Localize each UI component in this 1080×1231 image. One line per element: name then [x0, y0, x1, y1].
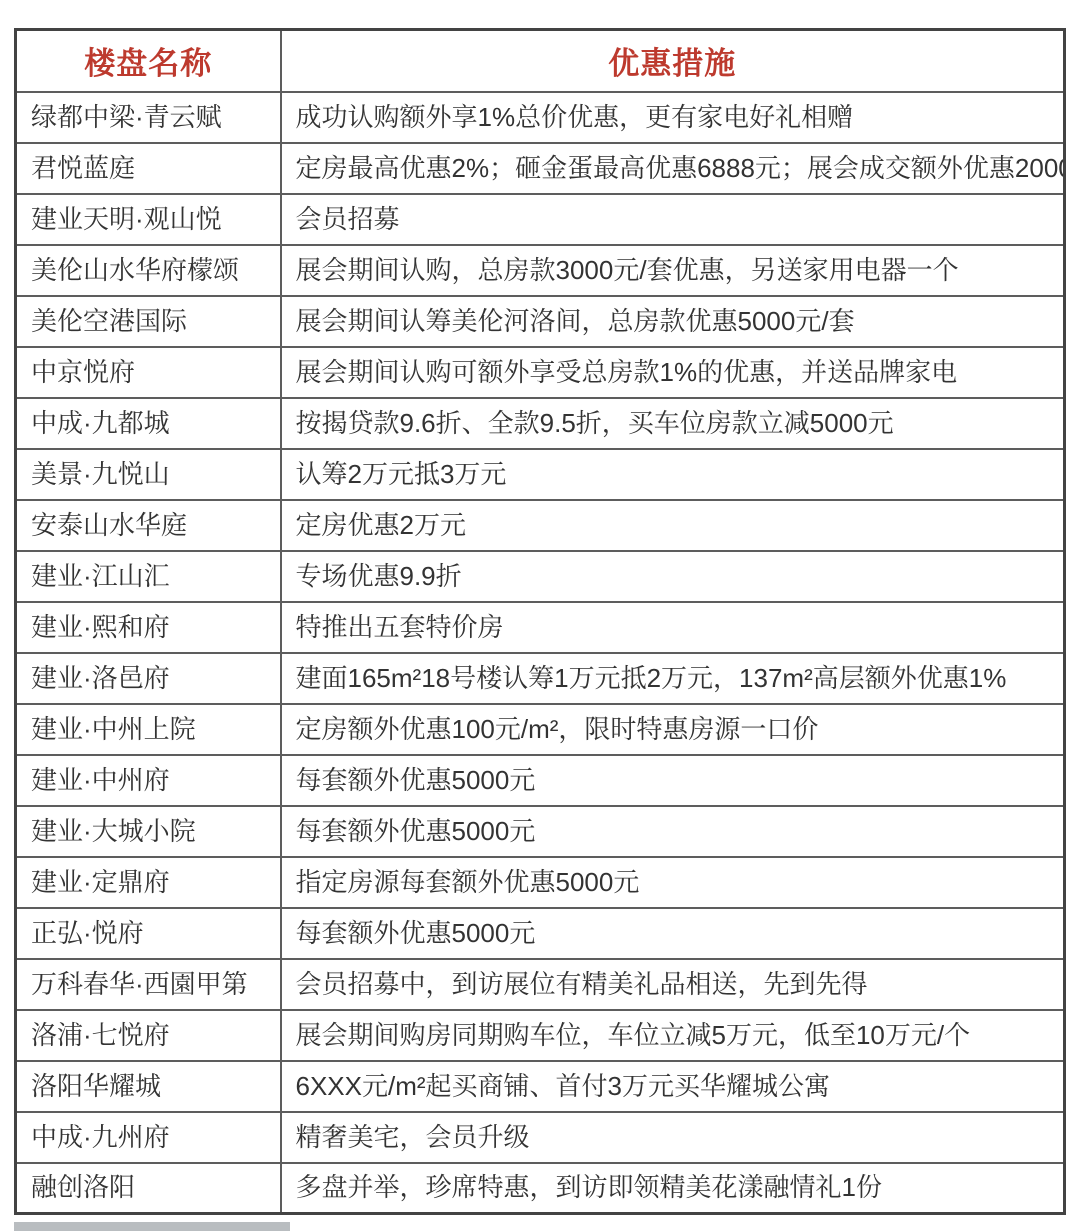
- offer-cell: 每套额外优惠5000元: [281, 755, 1065, 806]
- property-name-cell: 建业·中州上院: [16, 704, 281, 755]
- property-name-cell: 建业·熙和府: [16, 602, 281, 653]
- table-row: 万科春华·西園甲第会员招募中，到访展位有精美礼品相送，先到先得: [16, 959, 1065, 1010]
- offer-cell: 6XXX元/m²起买商铺、首付3万元买华耀城公寓: [281, 1061, 1065, 1112]
- table-row: 建业·洛邑府建面165m²18号楼认筹1万元抵2万元，137m²高层额外优惠1%: [16, 653, 1065, 704]
- property-name-cell: 中京悦府: [16, 347, 281, 398]
- offer-cell: 定房优惠2万元: [281, 500, 1065, 551]
- table-row: 美伦空港国际展会期间认筹美伦河洛间，总房款优惠5000元/套: [16, 296, 1065, 347]
- table-row: 融创洛阳多盘并举，珍席特惠，到访即领精美花漾融情礼1份: [16, 1163, 1065, 1214]
- property-name-cell: 美景·九悦山: [16, 449, 281, 500]
- table-row: 建业·中州府每套额外优惠5000元: [16, 755, 1065, 806]
- table-row: 建业·江山汇专场优惠9.9折: [16, 551, 1065, 602]
- offer-cell: 展会期间认筹美伦河洛间，总房款优惠5000元/套: [281, 296, 1065, 347]
- property-name-cell: 中成·九州府: [16, 1112, 281, 1163]
- property-name-cell: 建业·大城小院: [16, 806, 281, 857]
- table-row: 美伦山水华府檬颂展会期间认购，总房款3000元/套优惠，另送家用电器一个: [16, 245, 1065, 296]
- table-row: 正弘·悦府每套额外优惠5000元: [16, 908, 1065, 959]
- table-row: 建业天明·观山悦会员招募: [16, 194, 1065, 245]
- property-name-cell: 建业·中州府: [16, 755, 281, 806]
- offer-cell: 定房额外优惠100元/m²，限时特惠房源一口价: [281, 704, 1065, 755]
- table-row: 中成·九州府精奢美宅，会员升级: [16, 1112, 1065, 1163]
- offer-cell: 展会期间认购，总房款3000元/套优惠，另送家用电器一个: [281, 245, 1065, 296]
- offer-cell: 每套额外优惠5000元: [281, 806, 1065, 857]
- offer-cell: 建面165m²18号楼认筹1万元抵2万元，137m²高层额外优惠1%: [281, 653, 1065, 704]
- offer-cell: 会员招募中，到访展位有精美礼品相送，先到先得: [281, 959, 1065, 1010]
- property-name-cell: 中成·九都城: [16, 398, 281, 449]
- cropped-next-element: [14, 1222, 290, 1231]
- table-row: 安泰山水华庭定房优惠2万元: [16, 500, 1065, 551]
- property-name-cell: 洛浦·七悦府: [16, 1010, 281, 1061]
- table-row: 君悦蓝庭定房最高优惠2%；砸金蛋最高优惠6888元；展会成交额外优惠2000元/…: [16, 143, 1065, 194]
- table-row: 绿都中梁·青云赋成功认购额外享1%总价优惠，更有家电好礼相赠: [16, 92, 1065, 143]
- table-row: 建业·定鼎府指定房源每套额外优惠5000元: [16, 857, 1065, 908]
- offer-cell: 展会期间购房同期购车位，车位立减5万元，低至10万元/个: [281, 1010, 1065, 1061]
- offer-cell: 多盘并举，珍席特惠，到访即领精美花漾融情礼1份: [281, 1163, 1065, 1214]
- offer-cell: 会员招募: [281, 194, 1065, 245]
- table-row: 建业·大城小院每套额外优惠5000元: [16, 806, 1065, 857]
- property-name-cell: 洛阳华耀城: [16, 1061, 281, 1112]
- table-row: 洛浦·七悦府展会期间购房同期购车位，车位立减5万元，低至10万元/个: [16, 1010, 1065, 1061]
- page: 楼盘名称 优惠措施 绿都中梁·青云赋成功认购额外享1%总价优惠，更有家电好礼相赠…: [0, 0, 1080, 1231]
- property-name-cell: 建业·洛邑府: [16, 653, 281, 704]
- header-row: 楼盘名称 优惠措施: [16, 30, 1065, 92]
- property-name-cell: 美伦空港国际: [16, 296, 281, 347]
- property-name-cell: 美伦山水华府檬颂: [16, 245, 281, 296]
- table-row: 中京悦府展会期间认购可额外享受总房款1%的优惠，并送品牌家电: [16, 347, 1065, 398]
- offer-cell: 特推出五套特价房: [281, 602, 1065, 653]
- offer-cell: 定房最高优惠2%；砸金蛋最高优惠6888元；展会成交额外优惠2000元/套: [281, 143, 1065, 194]
- offer-cell: 认筹2万元抵3万元: [281, 449, 1065, 500]
- offer-cell: 每套额外优惠5000元: [281, 908, 1065, 959]
- property-name-cell: 建业天明·观山悦: [16, 194, 281, 245]
- table-row: 美景·九悦山认筹2万元抵3万元: [16, 449, 1065, 500]
- offer-cell: 按揭贷款9.6折、全款9.5折，买车位房款立减5000元: [281, 398, 1065, 449]
- offer-cell: 成功认购额外享1%总价优惠，更有家电好礼相赠: [281, 92, 1065, 143]
- offer-cell: 指定房源每套额外优惠5000元: [281, 857, 1065, 908]
- promo-table: 楼盘名称 优惠措施 绿都中梁·青云赋成功认购额外享1%总价优惠，更有家电好礼相赠…: [14, 28, 1066, 1215]
- property-name-cell: 万科春华·西園甲第: [16, 959, 281, 1010]
- property-name-cell: 君悦蓝庭: [16, 143, 281, 194]
- table-header: 楼盘名称 优惠措施: [16, 30, 1065, 92]
- table-row: 建业·熙和府特推出五套特价房: [16, 602, 1065, 653]
- table-row: 建业·中州上院定房额外优惠100元/m²，限时特惠房源一口价: [16, 704, 1065, 755]
- column-header-property-name: 楼盘名称: [16, 30, 281, 92]
- property-name-cell: 融创洛阳: [16, 1163, 281, 1214]
- table-body: 绿都中梁·青云赋成功认购额外享1%总价优惠，更有家电好礼相赠君悦蓝庭定房最高优惠…: [16, 92, 1065, 1214]
- property-name-cell: 绿都中梁·青云赋: [16, 92, 281, 143]
- offer-cell: 展会期间认购可额外享受总房款1%的优惠，并送品牌家电: [281, 347, 1065, 398]
- property-name-cell: 建业·定鼎府: [16, 857, 281, 908]
- property-name-cell: 建业·江山汇: [16, 551, 281, 602]
- offer-cell: 精奢美宅，会员升级: [281, 1112, 1065, 1163]
- property-name-cell: 安泰山水华庭: [16, 500, 281, 551]
- table-row: 洛阳华耀城6XXX元/m²起买商铺、首付3万元买华耀城公寓: [16, 1061, 1065, 1112]
- column-header-offer: 优惠措施: [281, 30, 1065, 92]
- table-row: 中成·九都城按揭贷款9.6折、全款9.5折，买车位房款立减5000元: [16, 398, 1065, 449]
- offer-cell: 专场优惠9.9折: [281, 551, 1065, 602]
- property-name-cell: 正弘·悦府: [16, 908, 281, 959]
